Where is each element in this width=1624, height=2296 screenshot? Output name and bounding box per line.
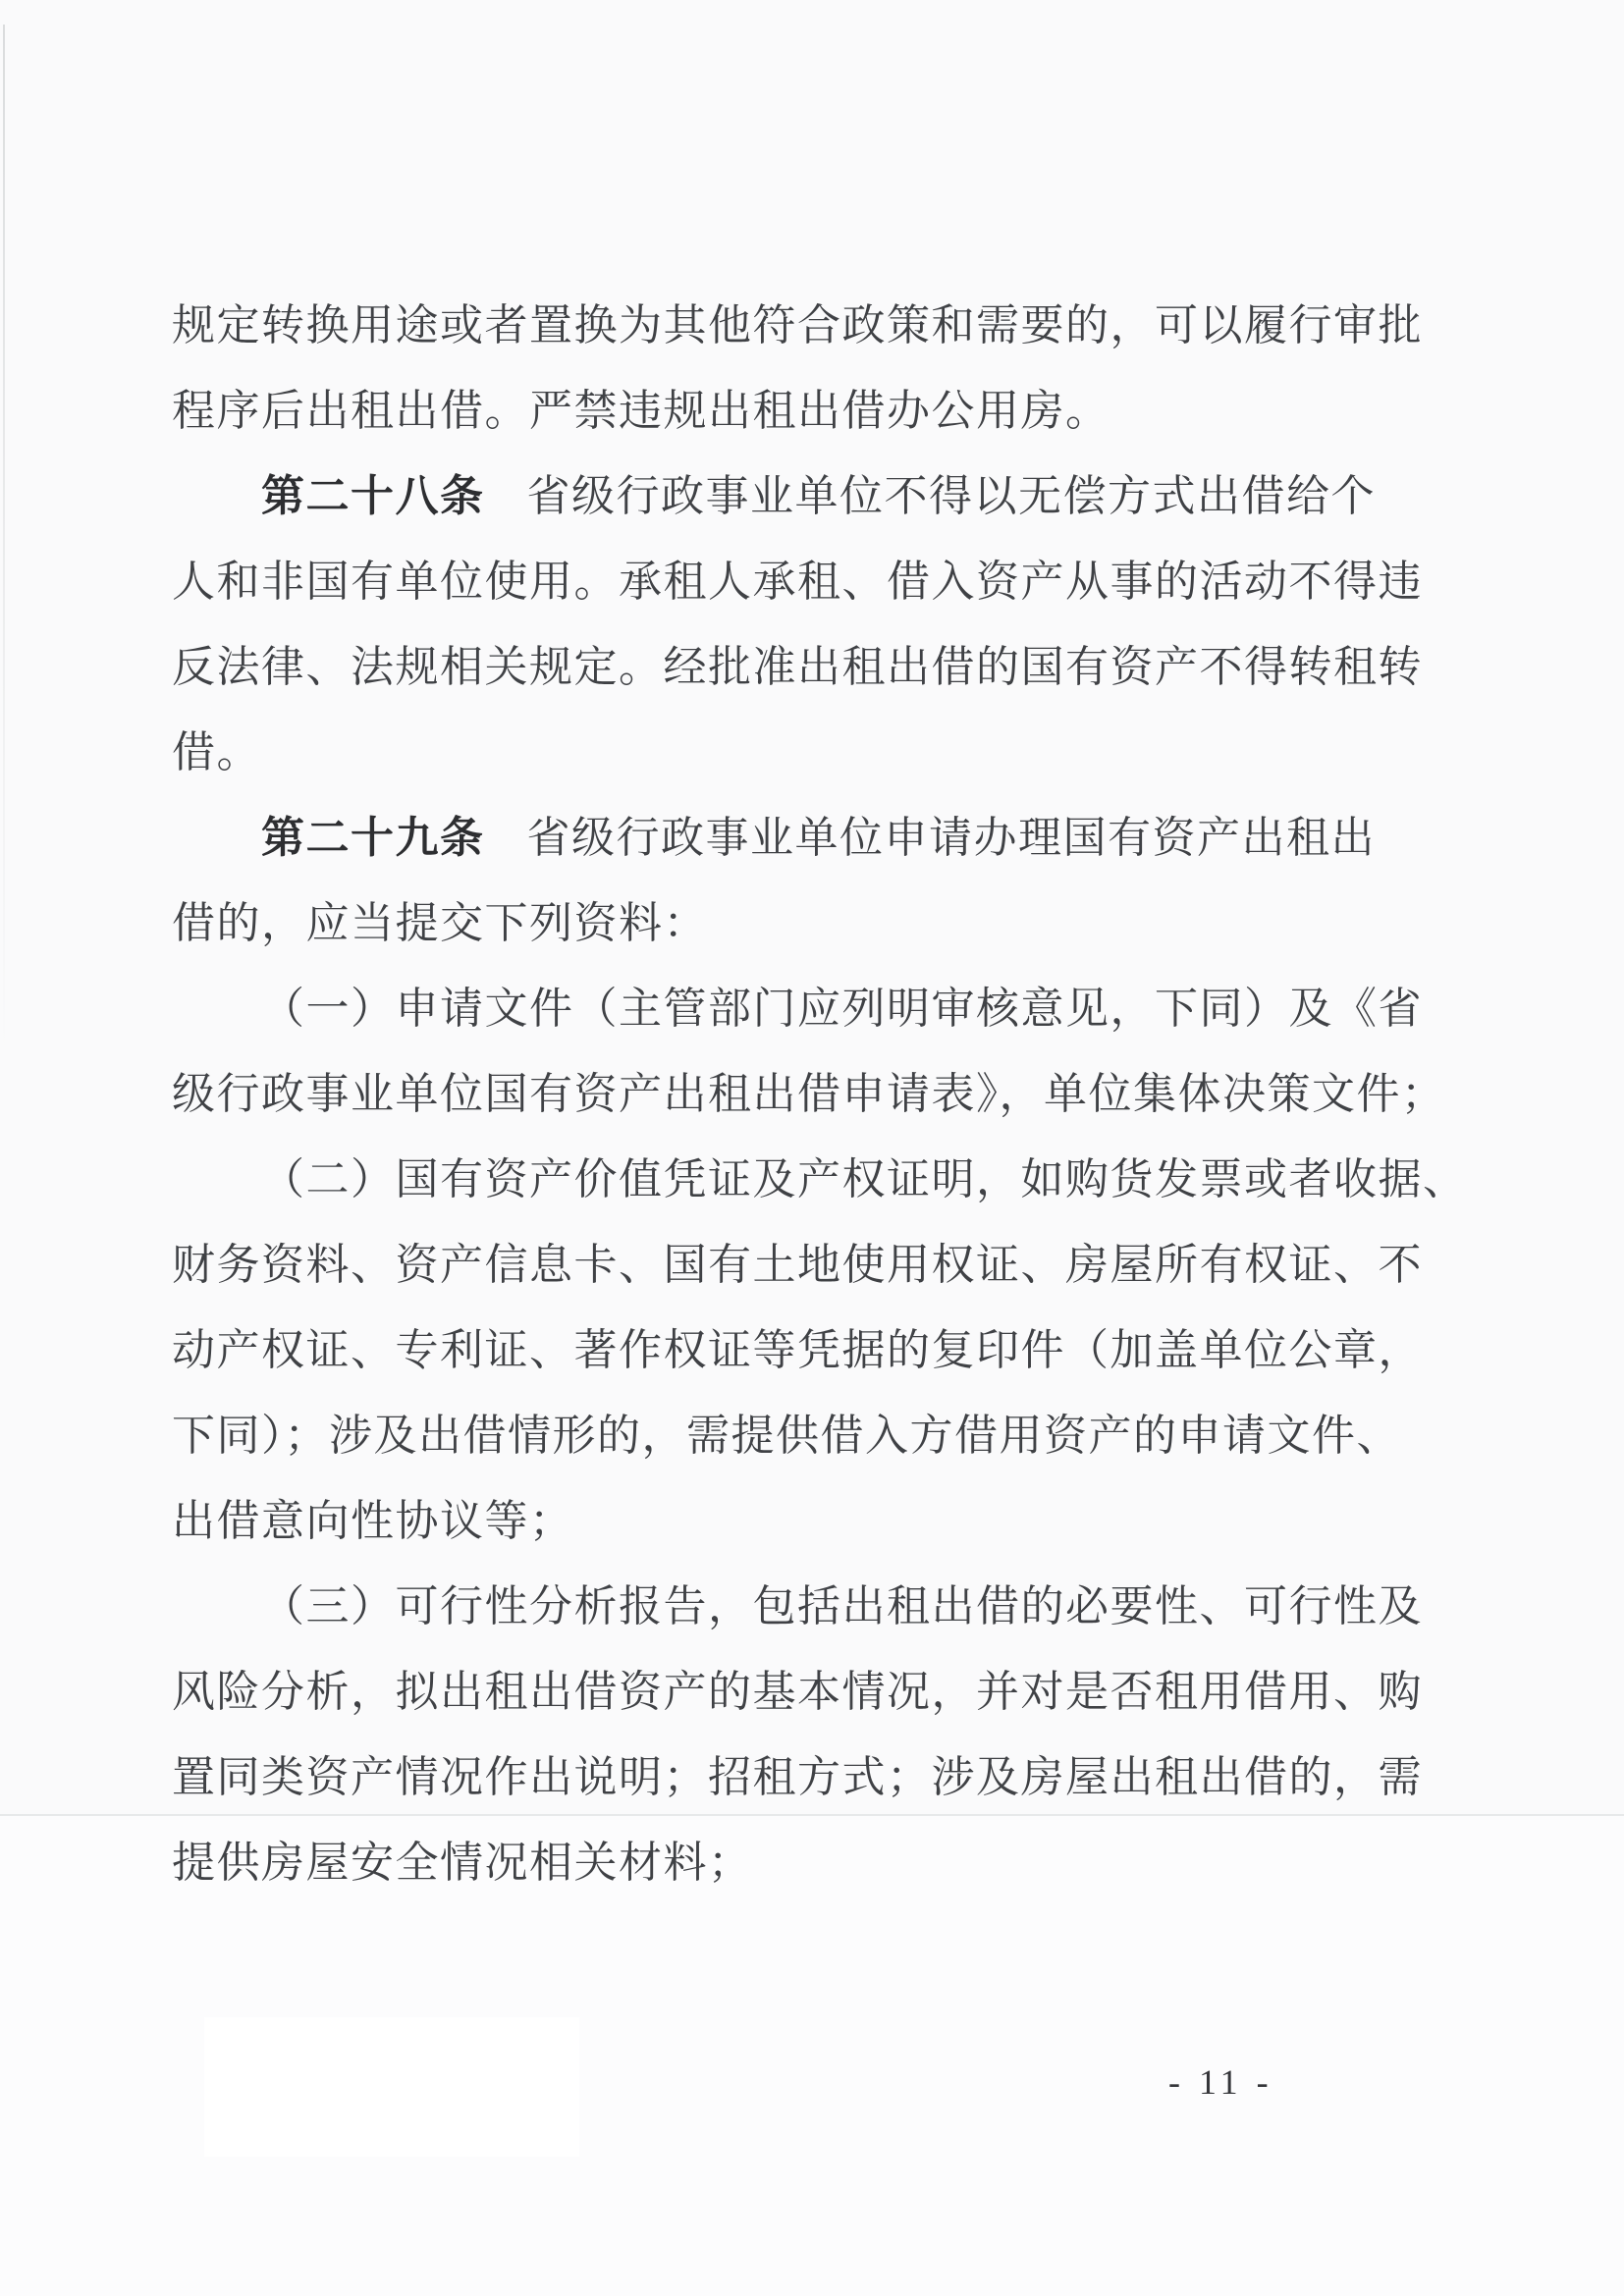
- article-number: 第二十八条: [261, 460, 485, 523]
- scanned-document-page: 规定转换用途或者置换为其他符合政策和需要的，可以履行审批程序后出租出借。严禁违规…: [0, 0, 1624, 2296]
- line-text: （一）申请文件（主管部门应列明审核意见，下同）及《省: [261, 973, 1423, 1036]
- line-text: 下同）；涉及出借情形的，需提供借入方借用资产的申请文件、: [172, 1400, 1401, 1463]
- line-text: 人和非国有单位使用。承租人承租、借入资产从事的活动不得违: [172, 546, 1423, 609]
- text-line: 出借意向性协议等；: [172, 1473, 1478, 1559]
- text-line: 级行政事业单位国有资产出租出借申请表》，单位集体决策文件；: [172, 1046, 1478, 1132]
- line-text: 省级行政事业单位不得以无偿方式出借给个: [527, 460, 1377, 523]
- text-line: 动产权证、专利证、著作权证等凭据的复印件（加盖单位公章，: [172, 1303, 1478, 1388]
- text-line: 置同类资产情况作出说明；招租方式；涉及房屋出租出借的，需: [172, 1730, 1478, 1815]
- line-text: 出借意向性协议等；: [172, 1485, 574, 1548]
- text-line: 借的，应当提交下列资料：: [172, 876, 1478, 961]
- line-text: 借的，应当提交下列资料：: [172, 887, 708, 950]
- text-line: 规定转换用途或者置换为其他符合政策和需要的，可以履行审批: [172, 278, 1478, 363]
- document-body: 规定转换用途或者置换为其他符合政策和需要的，可以履行审批程序后出租出借。严禁违规…: [172, 278, 1478, 1900]
- line-text: 置同类资产情况作出说明；招租方式；涉及房屋出租出借的，需: [172, 1741, 1423, 1804]
- text-line: 第二十九条省级行政事业单位申请办理国有资产出租出: [172, 790, 1478, 876]
- text-line: 反法律、法规相关规定。经批准出租出借的国有资产不得转租转: [172, 619, 1478, 705]
- text-line: 下同）；涉及出借情形的，需提供借入方借用资产的申请文件、: [172, 1388, 1478, 1473]
- line-text: 风险分析，拟出租出借资产的基本情况，并对是否租用借用、购: [172, 1656, 1423, 1719]
- line-text: 省级行政事业单位申请办理国有资产出租出: [527, 802, 1377, 865]
- line-text: （三）可行性分析报告，包括出租出借的必要性、可行性及: [261, 1571, 1423, 1633]
- text-line: 程序后出租出借。严禁违规出租出借办公用房。: [172, 363, 1478, 449]
- text-line: 人和非国有单位使用。承租人承租、借入资产从事的活动不得违: [172, 534, 1478, 619]
- text-line: 借。: [172, 705, 1478, 790]
- scan-left-edge-line: [3, 25, 5, 1055]
- line-text: 级行政事业单位国有资产出租出借申请表》，单位集体决策文件；: [172, 1058, 1446, 1121]
- text-line: 第二十八条省级行政事业单位不得以无偿方式出借给个: [172, 449, 1478, 534]
- text-line: 提供房屋安全情况相关材料；: [172, 1815, 1478, 1900]
- line-text: 借。: [172, 717, 261, 779]
- line-text: 规定转换用途或者置换为其他符合政策和需要的，可以履行审批: [172, 290, 1423, 352]
- page-number: - 11 -: [1168, 2061, 1273, 2103]
- line-text: （二）国有资产价值凭证及产权证明，如购货发票或者收据、: [261, 1144, 1468, 1206]
- line-text: 动产权证、专利证、著作权证等凭据的复印件（加盖单位公章，: [172, 1314, 1423, 1377]
- scan-white-patch: [204, 2017, 579, 2157]
- text-line: 财务资料、资产信息卡、国有土地使用权证、房屋所有权证、不: [172, 1217, 1478, 1303]
- line-text: 提供房屋安全情况相关材料；: [172, 1827, 753, 1890]
- text-line: （三）可行性分析报告，包括出租出借的必要性、可行性及: [172, 1559, 1478, 1644]
- text-line: （一）申请文件（主管部门应列明审核意见，下同）及《省: [172, 961, 1478, 1046]
- text-line: （二）国有资产价值凭证及产权证明，如购货发票或者收据、: [172, 1132, 1478, 1217]
- line-text: 程序后出租出借。严禁违规出租出借办公用房。: [172, 375, 1110, 438]
- text-line: 风险分析，拟出租出借资产的基本情况，并对是否租用借用、购: [172, 1644, 1478, 1730]
- line-text: 财务资料、资产信息卡、国有土地使用权证、房屋所有权证、不: [172, 1229, 1423, 1292]
- article-number: 第二十九条: [261, 802, 485, 865]
- line-text: 反法律、法规相关规定。经批准出租出借的国有资产不得转租转: [172, 631, 1423, 694]
